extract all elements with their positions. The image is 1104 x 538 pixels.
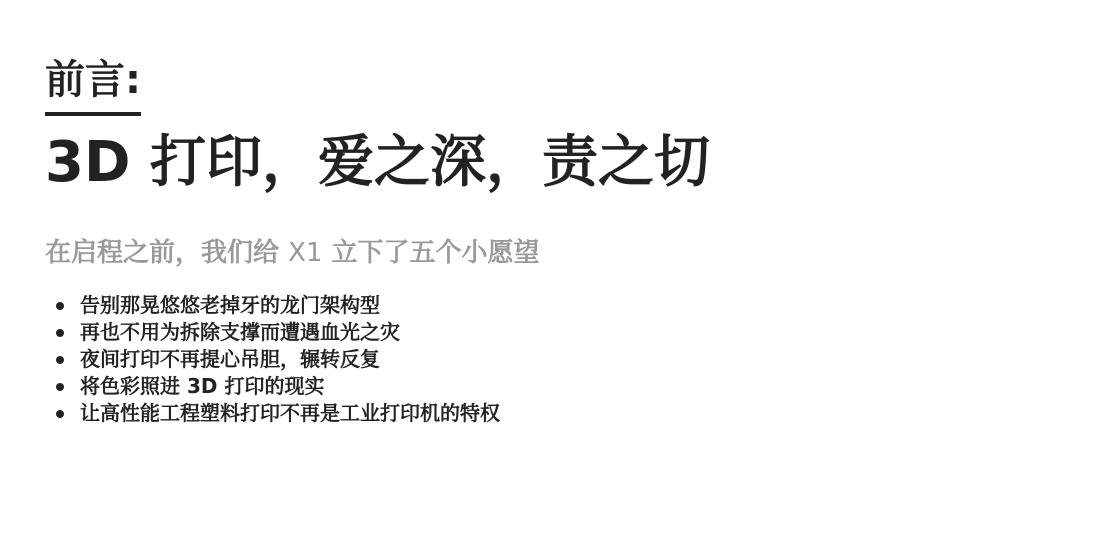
subtitle-product: X1 xyxy=(288,238,322,268)
list-item: 将色彩照进 3D 打印的现实 xyxy=(45,373,1065,400)
subtitle-before: 在启程之前，我们给 xyxy=(45,238,288,268)
list-item: 告别那晃悠悠老掉牙的龙门架构型 xyxy=(45,292,1065,319)
bullet-icon xyxy=(56,410,64,418)
preface-label: 前言: xyxy=(45,50,141,116)
subtitle-after: 立下了五个小愿望 xyxy=(322,238,539,268)
list-item: 夜间打印不再提心吊胆，辗转反复 xyxy=(45,346,1065,373)
wish-list: 告别那晃悠悠老掉牙的龙门架构型 再也不用为拆除支撑而遭遇血光之灾 夜间打印不再提… xyxy=(45,292,1065,427)
preface-section: 前言: 3D 打印，爱之深，责之切 在启程之前，我们给 X1 立下了五个小愿望 … xyxy=(45,50,1065,427)
wish-text: 再也不用为拆除支撑而遭遇血光之灾 xyxy=(80,320,400,344)
wish-text: 夜间打印不再提心吊胆，辗转反复 xyxy=(80,347,380,371)
wish-text: 告别那晃悠悠老掉牙的龙门架构型 xyxy=(80,293,380,317)
page-title: 3D 打印，爱之深，责之切 xyxy=(45,128,1065,198)
subtitle: 在启程之前，我们给 X1 立下了五个小愿望 xyxy=(45,236,1065,270)
bullet-icon xyxy=(56,302,64,310)
wish-text: 将色彩照进 3D 打印的现实 xyxy=(80,374,324,398)
bullet-icon xyxy=(56,356,64,364)
bullet-icon xyxy=(56,383,64,391)
wish-text: 让高性能工程塑料打印不再是工业打印机的特权 xyxy=(80,401,500,425)
list-item: 再也不用为拆除支撑而遭遇血光之灾 xyxy=(45,319,1065,346)
list-item: 让高性能工程塑料打印不再是工业打印机的特权 xyxy=(45,400,1065,427)
bullet-icon xyxy=(56,329,64,337)
